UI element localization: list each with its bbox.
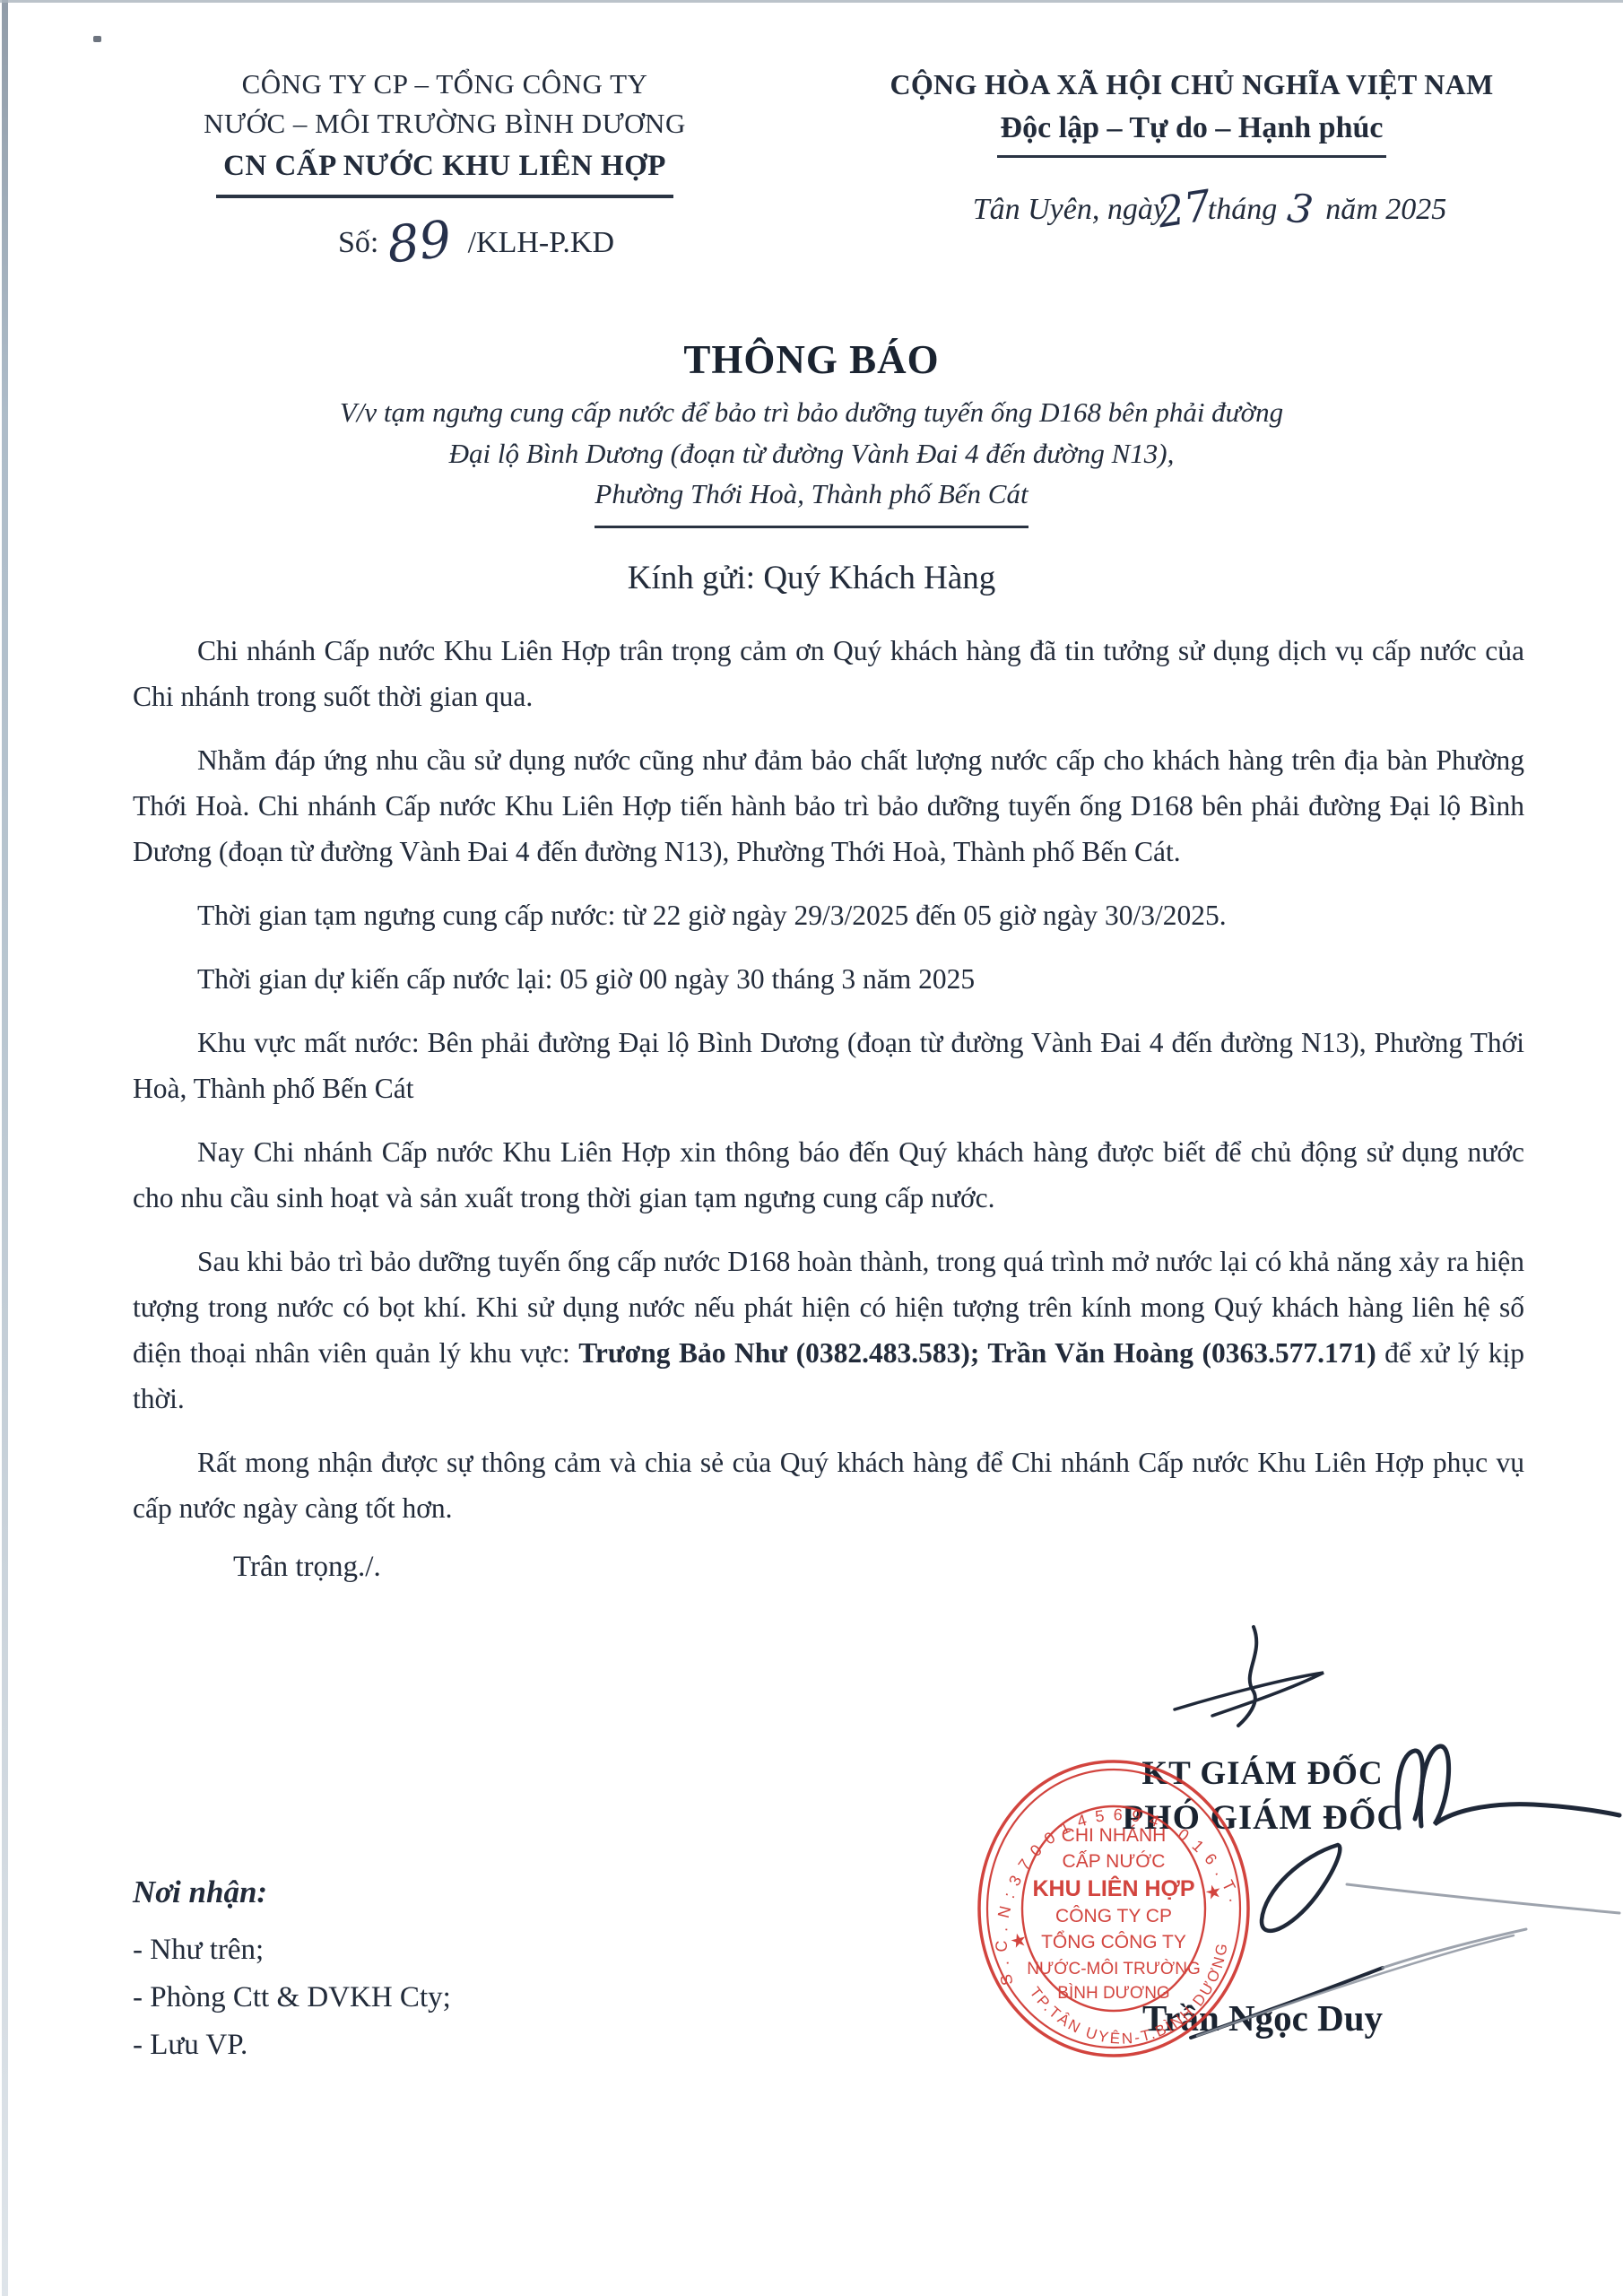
- paragraph-contacts: Sau khi bảo trì bảo dưỡng tuyến ống cấp …: [133, 1239, 1524, 1422]
- subject-line-3: Phường Thới Hoà, Thành phố Bến Cát: [595, 474, 1028, 528]
- salutation: Kính gửi: Quý Khách Hàng: [0, 559, 1623, 597]
- company-branch-name: CN CẤP NƯỚC KHU LIÊN HỢP: [216, 143, 673, 198]
- subject-line-1: V/v tạm ngưng cung cấp nước để bảo trì b…: [0, 392, 1623, 433]
- company-block: CÔNG TY CP – TỔNG CÔNG TY NƯỚC – MÔI TRƯ…: [145, 65, 744, 265]
- handwritten-document-number: 89: [388, 239, 452, 246]
- company-line-1: CÔNG TY CP – TỔNG CÔNG TY: [145, 65, 744, 104]
- date-middle: tháng: [1208, 193, 1277, 226]
- scan-edge-top: [0, 0, 1623, 3]
- paragraph-outage-time: Thời gian tạm ngưng cung cấp nước: từ 22…: [133, 892, 1524, 938]
- page-title: THÔNG BÁO: [0, 336, 1623, 383]
- company-line-2: NƯỚC – MÔI TRƯỜNG BÌNH DƯƠNG: [145, 104, 744, 143]
- subject-block: V/v tạm ngưng cung cấp nước để bảo trì b…: [0, 392, 1623, 528]
- stamp-star-left: ★: [1008, 1929, 1029, 1953]
- subject-line-2: Đại lộ Bình Dương (đoạn từ đường Vành Đa…: [0, 433, 1623, 474]
- header: CÔNG TY CP – TỔNG CÔNG TY NƯỚC – MÔI TRƯ…: [0, 65, 1623, 320]
- national-title: CỘNG HÒA XÃ HỘI CHỦ NGHĨA VIỆT NAM: [801, 65, 1583, 105]
- paragraph-thanks: Chi nhánh Cấp nước Khu Liên Hợp trân trọ…: [133, 628, 1524, 719]
- recipient-item: - Như trên;: [133, 1926, 451, 1974]
- national-motto-block: CỘNG HÒA XÃ HỘI CHỦ NGHĨA VIỆT NAM Độc l…: [801, 65, 1583, 231]
- scan-edge-left: [2, 0, 8, 2296]
- paragraph-apology: Rất mong nhận được sự thông cảm và chia …: [133, 1439, 1524, 1531]
- document-page: CÔNG TY CP – TỔNG CÔNG TY NƯỚC – MÔI TRƯ…: [0, 0, 1623, 2296]
- date-line: Tân Uyên, ngày27tháng3năm 2025: [801, 188, 1583, 231]
- paragraph-maintenance: Nhằm đáp ứng nhu cầu sử dụng nước cũng n…: [133, 737, 1524, 874]
- date-suffix: năm 2025: [1325, 193, 1446, 226]
- paragraph-affected-area: Khu vực mất nước: Bên phải đường Đại lộ …: [133, 1020, 1524, 1111]
- recipients-block: Nơi nhận: - Như trên; - Phòng Ctt & DVKH…: [133, 1867, 451, 2068]
- national-motto: Độc lập – Tự do – Hạnh phúc: [997, 105, 1387, 159]
- recipient-item: - Phòng Ctt & DVKH Cty;: [133, 1974, 451, 2022]
- paragraph-restore-time: Thời gian dự kiến cấp nước lại: 05 giờ 0…: [133, 956, 1524, 1002]
- signature-ink: [1112, 1587, 1623, 2090]
- document-number-suffix: /KLH-P.KD: [468, 226, 614, 259]
- closing: Trân trọng./.: [133, 1551, 1524, 1584]
- document-number-label: Số:: [338, 226, 378, 259]
- contacts-names-phones: Trương Bảo Như (0382.483.583); Trần Văn …: [578, 1337, 1376, 1369]
- recipients-title: Nơi nhận:: [133, 1867, 451, 1918]
- handwritten-month: 3: [1288, 209, 1313, 212]
- paragraph-notice: Nay Chi nhánh Cấp nước Khu Liên Hợp xin …: [133, 1129, 1524, 1221]
- recipient-item: - Lưu VP.: [133, 2022, 451, 2069]
- document-number-line: Số:89/KLH-P.KD: [145, 222, 744, 265]
- handwritten-day: 27: [1158, 206, 1211, 214]
- body-text: Chi nhánh Cấp nước Khu Liên Hợp trân trọ…: [133, 628, 1524, 1584]
- date-prefix: Tân Uyên, ngày: [973, 193, 1167, 226]
- scan-speck: [93, 36, 101, 42]
